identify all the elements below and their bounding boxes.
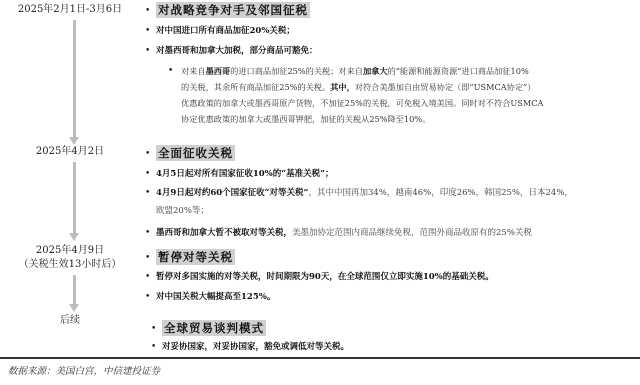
- arrow-down-icon: [73, 162, 76, 234]
- section-heading-1: • 对战略竞争对手及邻国征税: [145, 2, 310, 18]
- bullet-icon: •: [145, 45, 150, 57]
- bullet-icon: •: [168, 65, 173, 77]
- footer-divider: [0, 357, 640, 359]
- section-heading-2: • 全面征收关税: [145, 145, 235, 161]
- section-3-point-2: • 对中国关税大幅提高至125%。: [145, 288, 275, 306]
- bullet-icon: •: [145, 5, 150, 17]
- section-2-point-3: • 墨西哥和加拿大暂不被取对等关税，美墨加协定范围内商品继续免税，范围外商品收原…: [145, 224, 640, 242]
- section-1-point-2: • 对墨西哥和加拿大加税，部分商品可豁免：: [145, 42, 318, 60]
- section-heading-3: • 暂停对等关税: [145, 249, 235, 265]
- bullet-icon: •: [145, 252, 150, 264]
- stage-date-4: 后续: [0, 314, 140, 327]
- section-1-point-1: • 对中国进口所有商品加征20%关税；: [145, 22, 295, 40]
- bullet-icon: •: [145, 148, 150, 160]
- stage-date-3: 2025年4月9日: [0, 244, 140, 257]
- section-3-point-1: • 暂停对多国实施的对等关税，时间期限为90天，在全球范围仅立即实施10%的基础…: [145, 268, 640, 286]
- bullet-icon: •: [145, 168, 150, 180]
- section-4-point-1: • 对妥协国家，对妥协国家，豁免或调低对等关税。: [151, 338, 349, 356]
- stage-date-3-note: （关税生效13小时后）: [0, 258, 140, 271]
- stage-date-2: 2025年4月2日: [0, 145, 140, 158]
- source-note: 数据来源：美国白宫，中信建投证券: [8, 363, 160, 377]
- bullet-icon: •: [145, 227, 150, 239]
- bullet-icon: •: [145, 271, 150, 283]
- timeline-column: 2025年2月1日-3月6日 2025年4月2日 2025年4月9日 （关税生效…: [0, 0, 140, 360]
- arrow-down-icon: [73, 275, 76, 305]
- section-1-subpoint: • 对来自墨西哥的进口商品加征25%的关税；对来自加拿大的“能源和能源资源”进口…: [168, 63, 638, 127]
- section-2-point-2: • 4月9日起对约60个国家征收“对等关税”，其中中国再加34%，越南46%，印…: [145, 184, 640, 220]
- bullet-icon: •: [145, 187, 150, 199]
- section-heading-4: • 全球贸易谈判模式: [151, 320, 266, 336]
- arrow-down-icon: [73, 20, 76, 138]
- bullet-icon: •: [151, 323, 156, 335]
- section-2-point-1: • 4月5日起对所有国家征收10%的“基准关税”；: [145, 165, 334, 183]
- stage-date-1: 2025年2月1日-3月6日: [0, 3, 140, 16]
- bullet-icon: •: [151, 341, 156, 353]
- bullet-icon: •: [145, 25, 150, 37]
- bullet-icon: •: [145, 291, 150, 303]
